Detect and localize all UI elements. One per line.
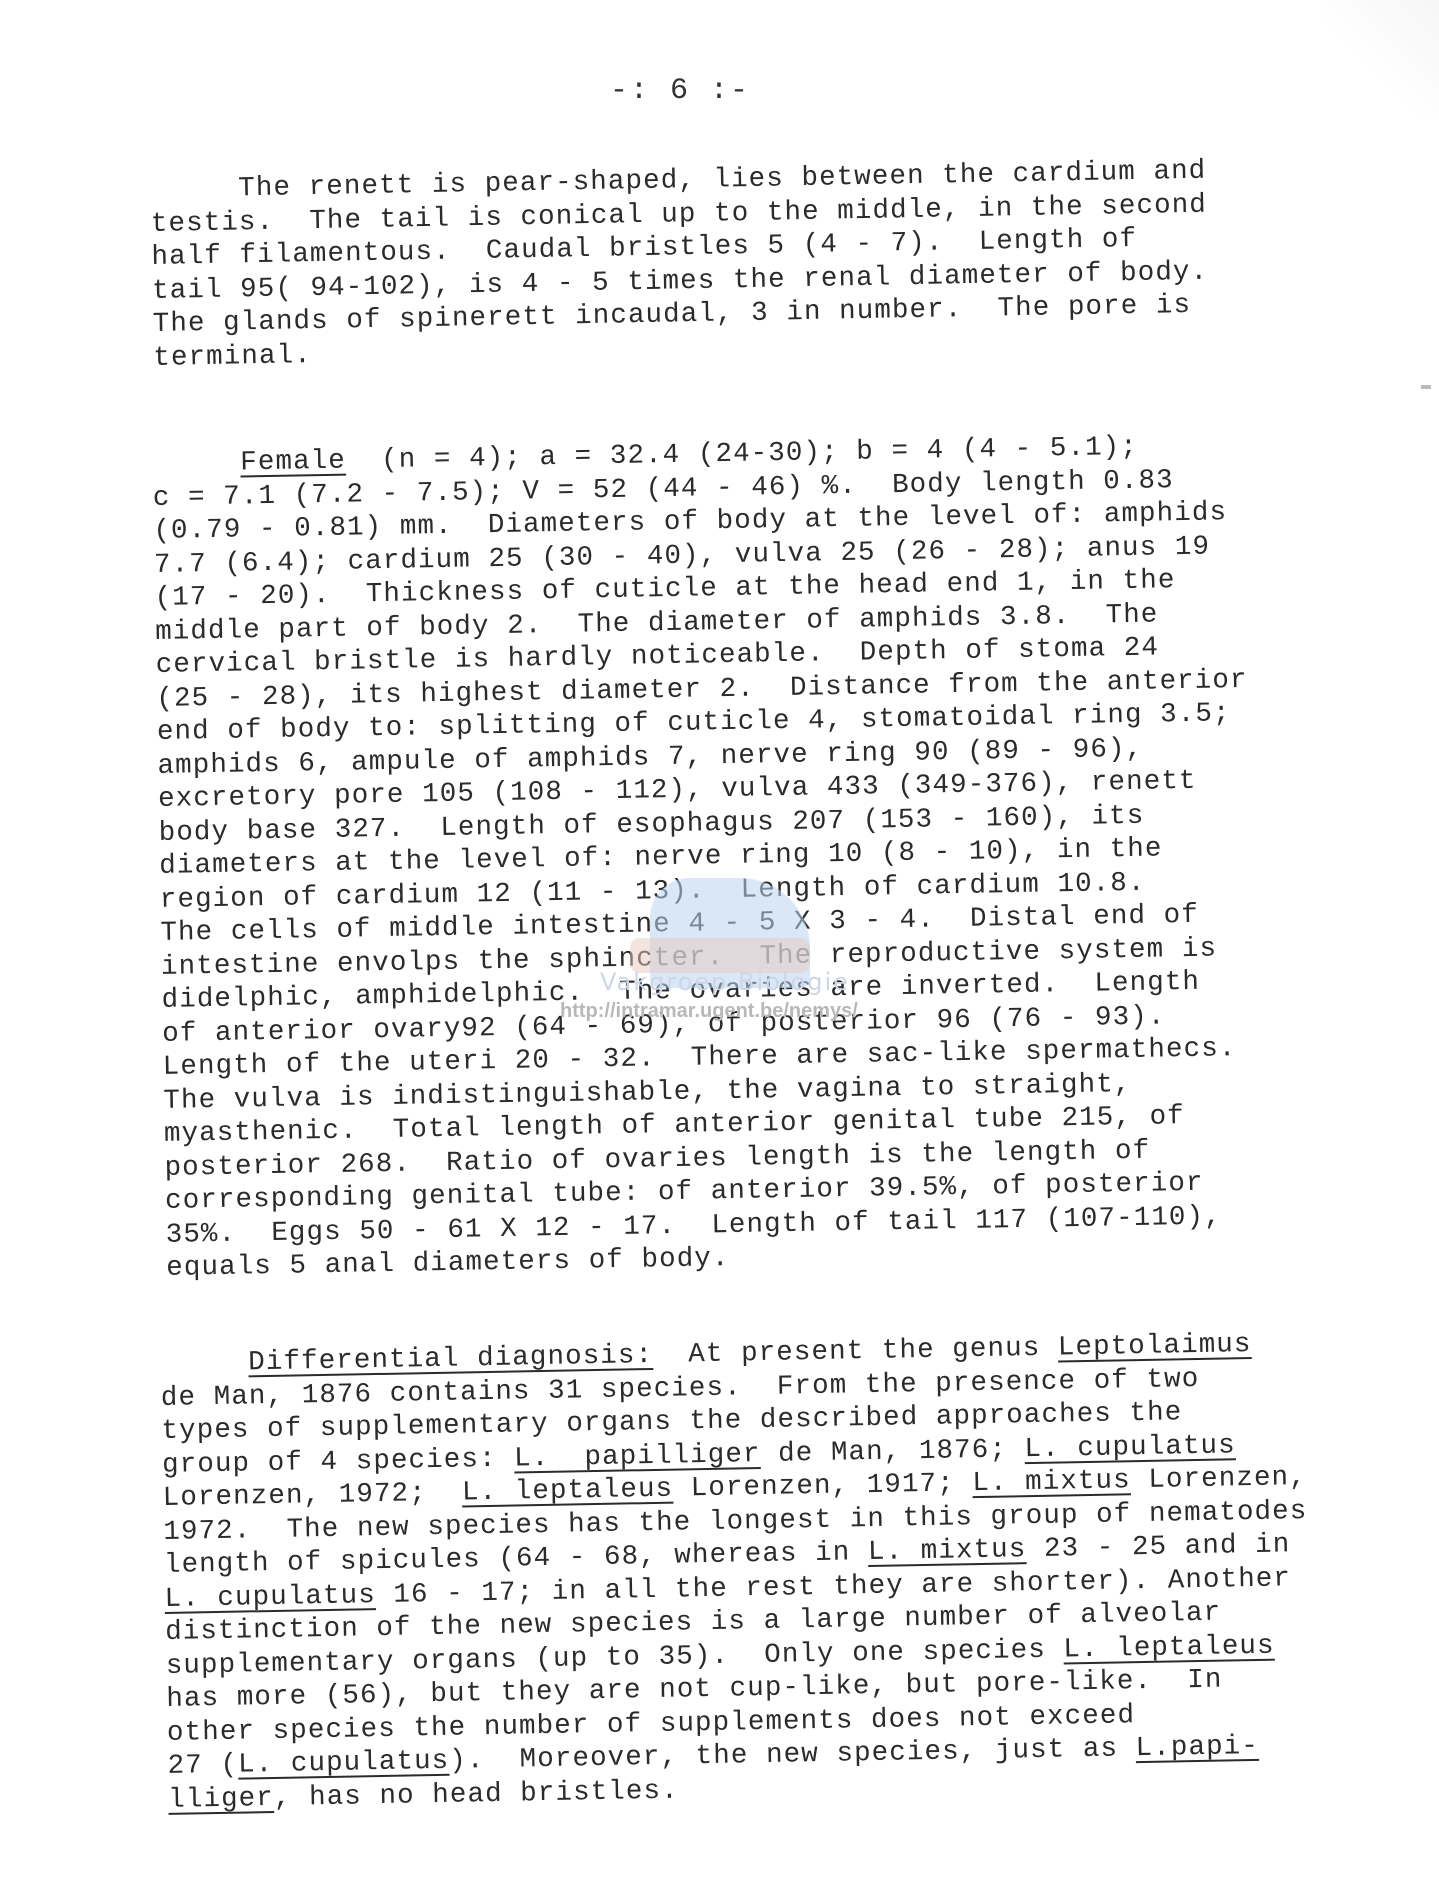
paragraph-female: Female (n = 4); a = 32.4 (24-30); b = 4 …	[152, 427, 1366, 1285]
text-fragment: At present the genus	[653, 1333, 1058, 1371]
text-fragment: 27 (	[167, 1750, 238, 1782]
species-name: L. leptaleus	[1063, 1630, 1275, 1665]
species-name: L. cupulatus	[164, 1580, 376, 1615]
text-fragment: Lorenzen, 1917;	[673, 1468, 973, 1504]
species-name: L. cupulatus	[238, 1746, 450, 1781]
species-name: L. mixtus	[972, 1465, 1131, 1499]
document-page: -: 6 :- The renett is pear-shaped, lies …	[0, 0, 1439, 1889]
text-fragment: group of 4 species:	[162, 1443, 515, 1480]
species-name: L. papilliger	[514, 1439, 761, 1475]
genus-name: Leptolaimus	[1058, 1329, 1252, 1364]
section-heading-differential-diagnosis: Differential diagnosis:	[248, 1340, 653, 1378]
species-name: L. cupulatus	[1024, 1430, 1236, 1465]
text-fragment: Lorenzen, 1972;	[162, 1477, 462, 1513]
paragraph-renett-tail: The renett is pear-shaped, lies between …	[150, 152, 1353, 375]
paragraph-differential-diagnosis: Differential diagnosis: At present the g…	[160, 1326, 1368, 1817]
text-fragment: , has no head bristles.	[274, 1775, 679, 1813]
text-fragment: de Man, 1876;	[760, 1434, 1025, 1470]
margin-mark	[1421, 385, 1431, 389]
species-name: L. mixtus	[868, 1534, 1027, 1568]
section-heading-female: Female	[240, 446, 346, 479]
page-number: -: 6 :-	[610, 74, 750, 108]
species-name: L.papi-	[1135, 1731, 1259, 1764]
species-name: L. leptaleus	[462, 1474, 674, 1509]
text-fragment: 23 - 25 and in	[1026, 1529, 1291, 1565]
scan-corner-shadow	[1319, 0, 1439, 120]
text-fragment: Lorenzen,	[1130, 1462, 1307, 1496]
species-name: lliger	[168, 1782, 274, 1815]
